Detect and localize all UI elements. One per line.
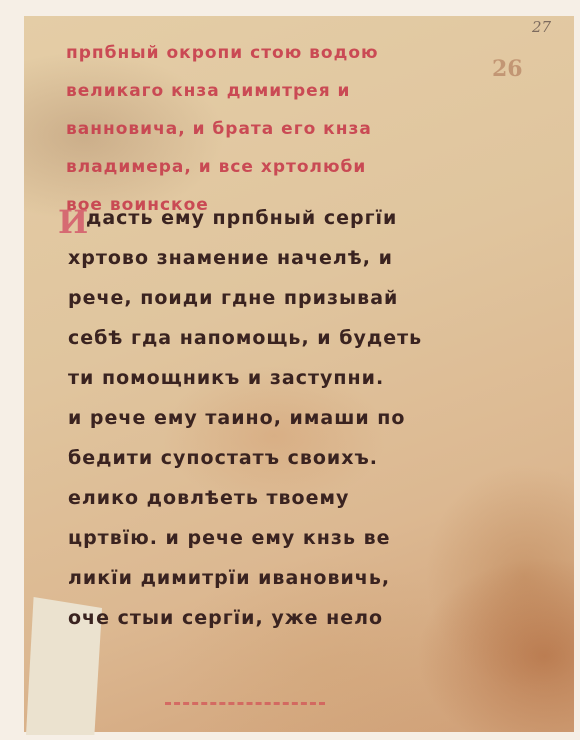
- body-line: хртово знамение начелѣ, и: [68, 238, 488, 278]
- body-line: елико довлѣеть твоему: [68, 478, 488, 518]
- body-line: рече, поиди гдне призывай: [68, 278, 488, 318]
- rubric-line: прпбный окропи стою водою: [66, 34, 486, 72]
- folio-number: 27: [532, 18, 551, 36]
- body-line: дасть ему прпбный сергїи: [68, 198, 488, 238]
- body-line: бедити супостатъ своихъ.: [68, 438, 488, 478]
- rubric-line: ванновича, и брата его кнза: [66, 110, 486, 148]
- rubric-line: великаго кнза димитрея и: [66, 72, 486, 110]
- body-line: ликїи димитрїи ивановичь,: [68, 558, 488, 598]
- body-line: себѣ гда напомощь, и будеть: [68, 318, 488, 358]
- body-line: цртвїю. и рече ему кнзь ве: [68, 518, 488, 558]
- old-folio-number: 26: [492, 56, 523, 82]
- body-line: оче стыи сергїи, уже нело: [68, 598, 488, 638]
- body-line: и рече ему таино, имаши по: [68, 398, 488, 438]
- rubric-line: владимера, и все хртолюби: [66, 148, 486, 186]
- body-line: ти помощникъ и заступни.: [68, 358, 488, 398]
- body-text-block: дасть ему прпбный сергїи хртово знамение…: [68, 198, 488, 638]
- faded-red-mark: [165, 702, 325, 709]
- rubric-text-block: прпбный окропи стою водою великаго кнза …: [66, 34, 486, 224]
